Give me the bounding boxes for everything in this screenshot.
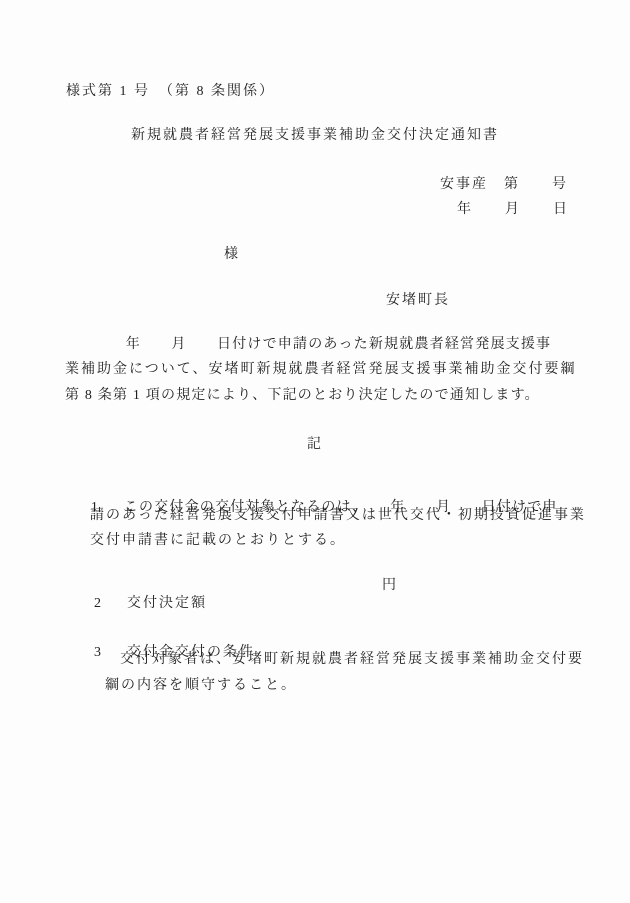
document-number-line: 安事産 第 号 <box>440 176 568 194</box>
form-number: 様式第 1 号 （第 8 条関係） <box>66 83 275 101</box>
body-line-2: 業補助金について、安堵町新規就農者経営発展支援事業補助金交付要綱 <box>65 361 576 379</box>
item-1-line-2: 請のあった経営発展支援交付申請書又は世代交代・初期投資促進事業 <box>90 507 586 525</box>
record-marker: 記 <box>0 436 630 454</box>
item-2-number: 2 <box>94 595 127 613</box>
body-line-1: 年 月 日付けで申請のあった新規就農者経営発展支援事 <box>65 336 551 354</box>
item-2-unit: 円 <box>382 577 398 595</box>
item-2-label: 交付決定額 <box>127 596 207 611</box>
body-line-3: 第 8 条第 1 項の規定により、下記のとおり決定したので通知します。 <box>65 387 540 405</box>
item-3-line-2: 交付対象者は、安堵町新規就農者経営発展支援事業補助金交付要 <box>120 651 584 669</box>
addressee-honorific: 様 <box>224 246 240 264</box>
document-page: 様式第 1 号 （第 8 条関係） 新規就農者経営発展支援事業補助金交付決定通知… <box>0 0 630 903</box>
document-title: 新規就農者経営発展支援事業補助金交付決定通知書 <box>0 127 630 145</box>
item-3-line-3: 綱の内容を順守すること。 <box>105 677 297 695</box>
item-1-line-3: 交付申請書に記載のとおりとする。 <box>90 532 346 550</box>
sender-title: 安堵町長 <box>386 292 450 310</box>
date-line: 年 月 日 <box>457 201 569 219</box>
item-2-line: 2交付決定額 <box>72 577 207 631</box>
